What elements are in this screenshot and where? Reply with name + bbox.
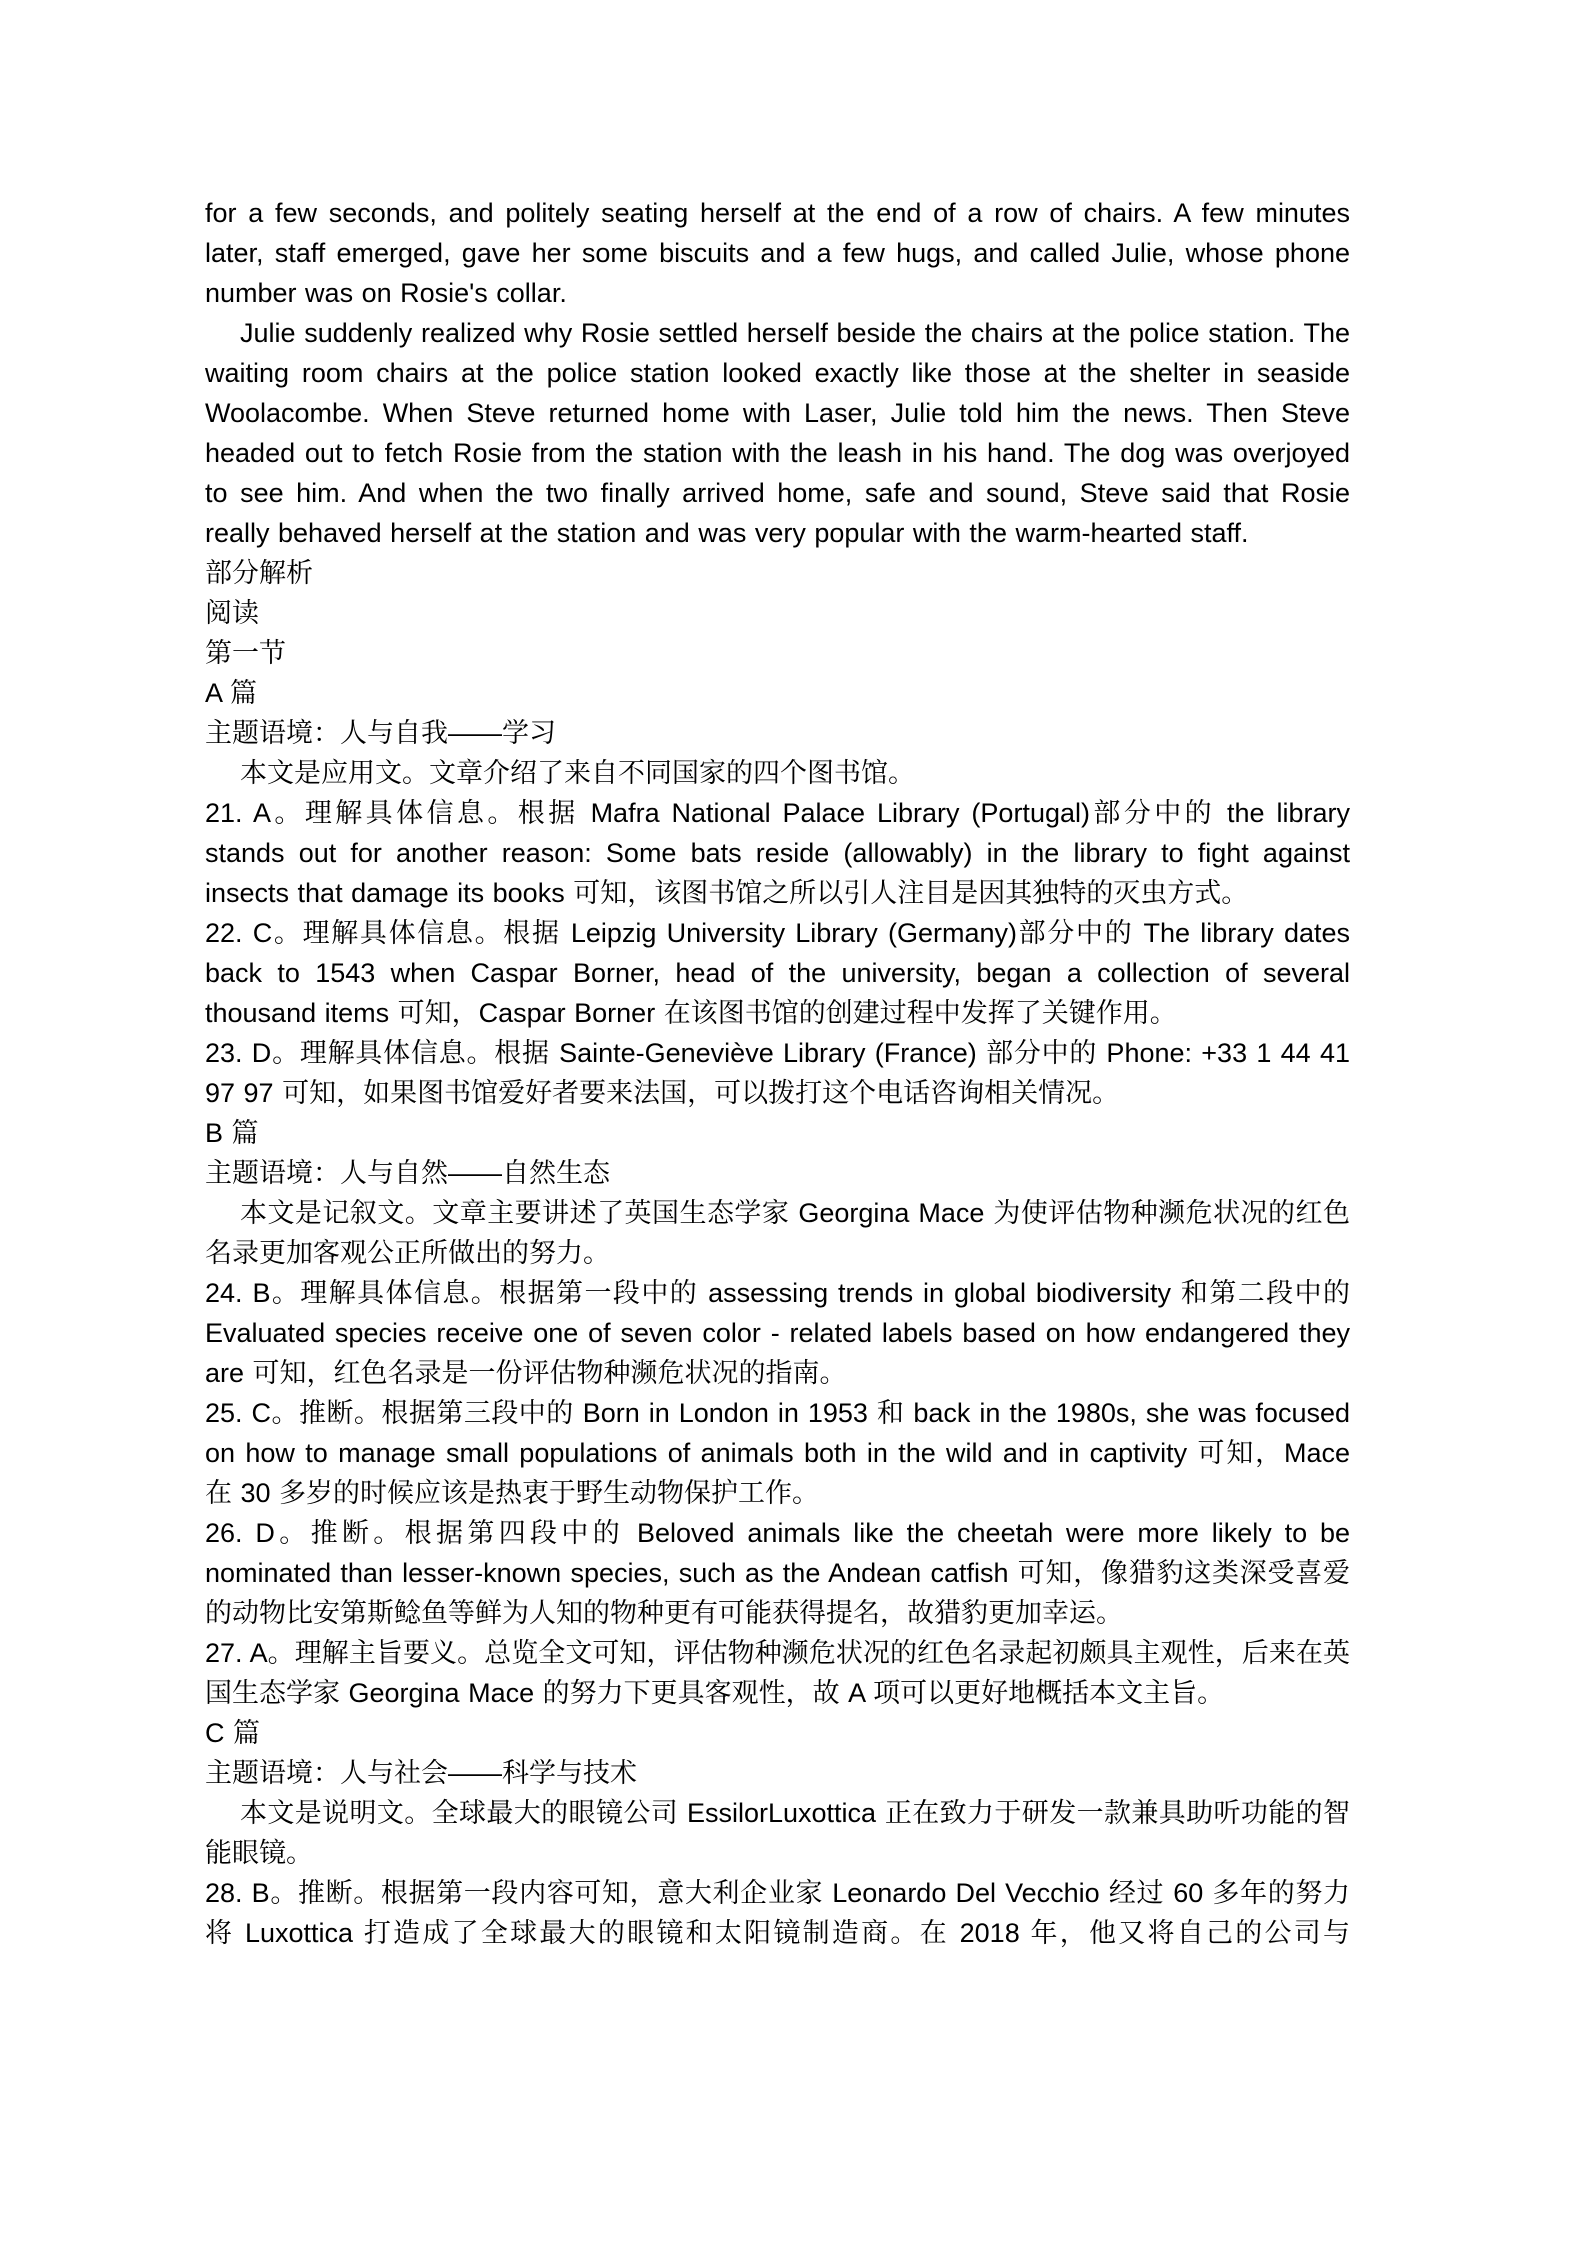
question-27-analysis: 27. A。理解主旨要义。总览全文可知，评估物种濒危状况的红色名录起初颇具主观性… xyxy=(205,1633,1350,1713)
question-22-analysis: 22. C。理解具体信息。根据 Leipzig University Libra… xyxy=(205,913,1350,1033)
document-page: for a few seconds, and politely seating … xyxy=(0,0,1587,2245)
paragraph-summary-b: 本文是记叙文。文章主要讲述了英国生态学家 Georgina Mace 为使评估物… xyxy=(205,1193,1350,1273)
heading-theme-b: 主题语境：人与自然——自然生态 xyxy=(205,1153,1350,1193)
paragraph-passage-julie: Julie suddenly realized why Rosie settle… xyxy=(205,313,1350,553)
document-text-block: for a few seconds, and politely seating … xyxy=(205,193,1350,1953)
question-21-analysis: 21. A。理解具体信息。根据 Mafra National Palace Li… xyxy=(205,793,1350,913)
question-28-analysis: 28. B。推断。根据第一段内容可知，意大利企业家 Leonardo Del V… xyxy=(205,1873,1350,1953)
question-25-analysis: 25. C。推断。根据第三段中的 Born in London in 1953 … xyxy=(205,1393,1350,1513)
paragraph-passage-continuation: for a few seconds, and politely seating … xyxy=(205,193,1350,313)
heading-section-one: 第一节 xyxy=(205,633,1350,673)
question-26-analysis: 26. D。推断。根据第四段中的 Beloved animals like th… xyxy=(205,1513,1350,1633)
heading-partial-analysis: 部分解析 xyxy=(205,553,1350,593)
paragraph-summary-c: 本文是说明文。全球最大的眼镜公司 EssilorLuxottica 正在致力于研… xyxy=(205,1793,1350,1873)
heading-passage-c: C 篇 xyxy=(205,1713,1350,1753)
paragraph-summary-a: 本文是应用文。文章介绍了来自不同国家的四个图书馆。 xyxy=(205,753,1350,793)
heading-passage-a: A 篇 xyxy=(205,673,1350,713)
heading-passage-b: B 篇 xyxy=(205,1113,1350,1153)
question-24-analysis: 24. B。理解具体信息。根据第一段中的 assessing trends in… xyxy=(205,1273,1350,1393)
heading-theme-a: 主题语境：人与自我——学习 xyxy=(205,713,1350,753)
question-23-analysis: 23. D。理解具体信息。根据 Sainte-Geneviève Library… xyxy=(205,1033,1350,1113)
heading-theme-c: 主题语境：人与社会——科学与技术 xyxy=(205,1753,1350,1793)
heading-reading: 阅读 xyxy=(205,593,1350,633)
